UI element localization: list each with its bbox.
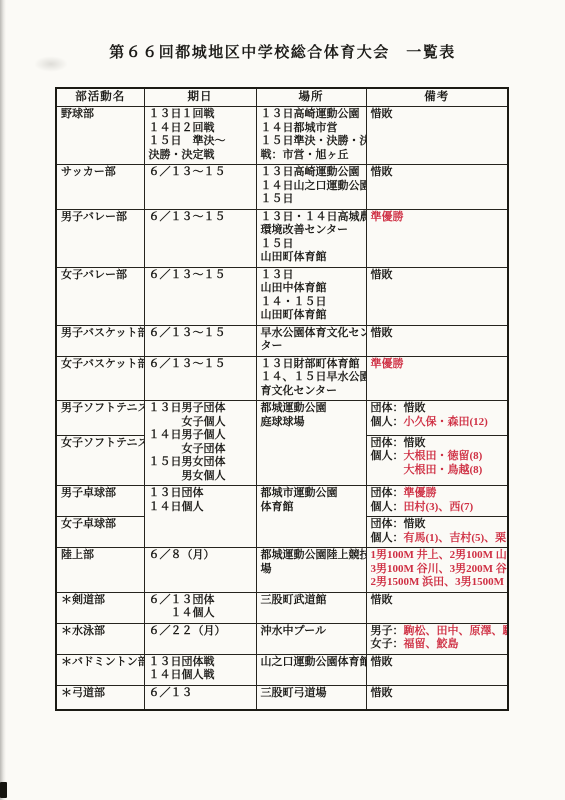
remarks-text: 個人： [371,501,404,513]
remarks-line: 団体：惜敗 [371,518,506,532]
date-line: １４日個人 [149,501,254,515]
place-cell: 山之口運動公園体育館 [256,654,366,685]
scan-mark [0,782,7,798]
date-line: ６／１３～１５ [149,269,254,283]
remarks-cell: 惜敗 [366,107,508,165]
date-cell: １３日男子団体 女子個人１４日男子個人 女子団体１５日男女団体 男女個人 [144,401,256,486]
result-highlight: 1男100M 井上、2男100M 山下 [371,549,509,561]
place-line: １５日 [261,238,364,252]
date-cell: ６／２２（月） [144,623,256,654]
place-line: ター [261,340,364,354]
club-cell: 男子ソフトテニス部 [56,401,144,436]
table-row: ＊弓道部６／１３三股町弓道場惜敗 [56,685,508,710]
place-cell: １３日高崎運動公園１４日山之口運動公園１５日 [256,165,366,210]
date-cell: １３日団体戦１４日個人戦 [144,654,256,685]
result-highlight: 準優勝 [404,487,437,499]
place-cell: １３日山田中体育館１４・１５日山田町体育館 [256,267,366,325]
date-line: １３日団体 [149,487,254,501]
date-line: １３日男子団体 [149,402,254,416]
date-cell: ６／１３～１５ [144,209,256,267]
remarks-line: 女子：福留、鮫島 [371,638,506,652]
date-line: １３日団体戦 [149,656,254,670]
place-line: １３日財部町体育館 [261,358,364,372]
place-line: １３日高崎運動公園 [261,108,364,122]
place-line: 三股町弓道場 [261,687,364,701]
remarks-line: 惜敗 [371,656,506,670]
date-line: １４日個人戦 [149,669,254,683]
scan-edge-shadow [0,0,6,800]
club-label: 男子バスケット部 [61,327,142,341]
header-date: 期日 [144,88,256,107]
club-label: ＊水泳部 [61,625,142,639]
result-highlight: 小久保・森田(12) [404,416,488,428]
place-line: １５日準決・決勝・決定 [261,135,364,149]
place-line: 育文化センター [261,385,364,399]
remarks-line: 団体：惜敗 [371,437,506,451]
date-cell: １３日団体１４日個人 [144,486,256,548]
table-row: 女子バスケット部６／１３～１５１３日財部町体育館１４、１５日早水公園体育文化セン… [56,356,508,401]
remarks-line: 惜敗 [371,108,506,122]
remarks-text: 団体：惜敗 [371,518,426,530]
place-cell: 都城運動公園陸上競技場 [256,548,366,593]
remarks-text: 団体： [371,487,404,499]
table-row: 女子バレー部６／１３～１５１３日山田中体育館１４・１５日山田町体育館惜敗 [56,267,508,325]
remarks-text: 団体：惜敗 [371,437,426,449]
remarks-line: 惜敗 [371,687,506,701]
remarks-cell: 団体：準優勝個人：田村(3)、西(7) [366,486,508,517]
remarks-line: 団体：準優勝 [371,487,506,501]
date-line: １５日 準決～ [149,135,254,149]
club-label: 男子ソフトテニス部 [61,402,142,416]
table-row: ＊バドミントン部１３日団体戦１４日個人戦山之口運動公園体育館惜敗 [56,654,508,685]
date-cell: ６／１３～１５ [144,165,256,210]
table-row: サッカー部６／１３～１５１３日高崎運動公園１４日山之口運動公園１５日惜敗 [56,165,508,210]
place-line: 山田町体育館 [261,251,364,265]
remarks-cell: 準優勝 [366,209,508,267]
date-line: １４日男子個人 [149,429,254,443]
remarks-text [371,464,404,476]
place-line: １４、１５日早水公園体 [261,371,364,385]
place-line: 都城運動公園陸上競技 [261,549,364,563]
remarks-text: 個人： [371,532,404,544]
place-cell: 三股町武道館 [256,592,366,623]
place-line: 都城運動公園 [261,402,364,416]
remarks-text: 惜敗 [371,166,393,178]
club-cell: 男子卓球部 [56,486,144,517]
place-line: １５日 [261,193,364,207]
club-cell: 女子バレー部 [56,267,144,325]
remarks-cell: 準優勝 [366,356,508,401]
date-cell: ６／１３団体 １４個人 [144,592,256,623]
table-row: 男子バレー部６／１３～１５１３日・１４日高城農村環境改善センター１５日山田町体育… [56,209,508,267]
remarks-line: 惜敗 [371,166,506,180]
date-line: ６／１３ [149,687,254,701]
table-row: 男子バスケット部６／１３～１５早水公園体育文化センター惜敗 [56,325,508,356]
remarks-text: 惜敗 [371,687,393,699]
date-line: ６／１３～１５ [149,166,254,180]
club-cell: サッカー部 [56,165,144,210]
remarks-line: 個人：有馬(1)、吉村(5)、栗山(6) [371,532,506,546]
remarks-cell: 惜敗 [366,654,508,685]
club-label: 野球部 [61,108,142,122]
remarks-text: 惜敗 [371,327,393,339]
remarks-text: 個人： [371,416,404,428]
club-cell: 陸上部 [56,548,144,593]
club-label: 男子バレー部 [61,211,142,225]
remarks-text: 団体：惜敗 [371,402,426,414]
remarks-cell: 男子：駒松、田中、原澤、駒松女子：福留、鮫島 [366,623,508,654]
page-title: 第６６回都城地区中学校総合体育大会 一覧表 [0,41,565,62]
date-line: 女子団体 [149,443,254,457]
result-highlight: 有馬(1)、吉村(5)、栗山(6) [404,532,509,544]
result-highlight: 準優勝 [371,358,404,370]
place-line: 沖水中プール [261,625,364,639]
date-line: １４個人 [149,607,254,621]
place-line: 早水公園体育文化セン [261,327,364,341]
table-row: 陸上部６／８（月）都城運動公園陸上競技場1男100M 井上、2男100M 山下3… [56,548,508,593]
date-cell: ６／１３ [144,685,256,710]
remarks-cell: 惜敗 [366,325,508,356]
remarks-line: 惜敗 [371,269,506,283]
date-cell: ６／１３～１５ [144,267,256,325]
table-row: 男子ソフトテニス部１３日男子団体 女子個人１４日男子個人 女子団体１５日男女団体… [56,401,508,436]
club-cell: 女子ソフトテニス部 [56,435,144,485]
remarks-line: 準優勝 [371,358,506,372]
club-label: ＊弓道部 [61,687,142,701]
date-line: ６／１３～１５ [149,327,254,341]
table-row: ＊剣道部６／１３団体 １４個人三股町武道館惜敗 [56,592,508,623]
date-line: 女子個人 [149,416,254,430]
remarks-cell: 団体：惜敗個人：小久保・森田(12) [366,401,508,436]
place-line: １４日都城市営 [261,122,364,136]
place-cell: 早水公園体育文化センター [256,325,366,356]
remarks-text: 惜敗 [371,269,393,281]
club-cell: ＊剣道部 [56,592,144,623]
place-line: 戦：市営・旭ヶ丘 [261,149,364,163]
header-place: 場所 [256,88,366,107]
result-highlight: 2男1500M 浜田、3男1500M 入口 [371,576,509,588]
remarks-text: 惜敗 [371,108,393,120]
date-line: ６／２２（月） [149,625,254,639]
table-row: 野球部１３日１回戦１４日２回戦１５日 準決～決勝・決定戦１３日高崎運動公園１４日… [56,107,508,165]
date-line: １４日２回戦 [149,122,254,136]
place-line: １３日 [261,269,364,283]
table-row: ＊水泳部６／２２（月）沖水中プール男子：駒松、田中、原澤、駒松女子：福留、鮫島 [56,623,508,654]
remarks-line: 3男100M 谷川、3男200M 谷川 [371,563,506,577]
club-cell: 女子バスケット部 [56,356,144,401]
date-line: １５日男女団体 [149,456,254,470]
remarks-cell: 団体：惜敗個人：大根田・徳留(8) 大根田・鳥越(8) [366,435,508,485]
remarks-line: 準優勝 [371,211,506,225]
club-cell: 野球部 [56,107,144,165]
result-highlight: 田村(3)、西(7) [404,501,474,513]
date-line: 決勝・決定戦 [149,149,254,163]
place-line: 山田中体育館 [261,282,364,296]
remarks-cell: 惜敗 [366,267,508,325]
place-cell: 三股町弓道場 [256,685,366,710]
club-label: 女子ソフトテニス部 [61,437,142,451]
result-highlight: 福留、鮫島 [404,638,459,650]
club-label: ＊バドミントン部 [61,656,142,670]
remarks-cell: 惜敗 [366,592,508,623]
club-cell: ＊バドミントン部 [56,654,144,685]
remarks-line: 個人：小久保・森田(12) [371,416,506,430]
place-line: １３日・１４日高城農村 [261,211,364,225]
club-label: 男子卓球部 [61,487,142,501]
place-line: 体育館 [261,501,364,515]
date-cell: ６／１３～１５ [144,356,256,401]
remarks-line: 団体：惜敗 [371,402,506,416]
place-line: １４日山之口運動公園 [261,180,364,194]
place-line: 都城市運動公園 [261,487,364,501]
remarks-cell: 1男100M 井上、2男100M 山下3男100M 谷川、3男200M 谷川2男… [366,548,508,593]
remarks-cell: 惜敗 [366,685,508,710]
remarks-cell: 惜敗 [366,165,508,210]
result-highlight: 大根田・鳥越(8) [404,464,483,476]
place-line: １４・１５日 [261,296,364,310]
club-label: 陸上部 [61,549,142,563]
date-line: ６／８（月） [149,549,254,563]
place-line: 場 [261,563,364,577]
place-cell: 沖水中プール [256,623,366,654]
club-label: 女子バスケット部 [61,358,142,372]
place-cell: １３日・１４日高城農村環境改善センター１５日山田町体育館 [256,209,366,267]
place-line: １３日高崎運動公園 [261,166,364,180]
place-line: 山田町体育館 [261,309,364,323]
club-label: サッカー部 [61,166,142,180]
place-line: 山之口運動公園体育館 [261,656,364,670]
result-highlight: 3男100M 谷川、3男200M 谷川 [371,563,509,575]
date-line: 男女個人 [149,470,254,484]
date-line: ６／１３団体 [149,594,254,608]
remarks-line: 大根田・鳥越(8) [371,464,506,478]
result-highlight: 大根田・徳留(8) [404,450,483,462]
date-cell: ６／８（月） [144,548,256,593]
remarks-text: 惜敗 [371,594,393,606]
remarks-cell: 団体：惜敗個人：有馬(1)、吉村(5)、栗山(6) [366,517,508,548]
date-cell: ６／１３～１５ [144,325,256,356]
table-row: 男子卓球部１３日団体１４日個人都城市運動公園体育館団体：準優勝個人：田村(3)、… [56,486,508,517]
header-row: 部活動名 期日 場所 備考 [56,88,508,107]
club-cell: 男子バスケット部 [56,325,144,356]
date-cell: １３日１回戦１４日２回戦１５日 準決～決勝・決定戦 [144,107,256,165]
place-cell: １３日財部町体育館１４、１５日早水公園体育文化センター [256,356,366,401]
remarks-text: 惜敗 [371,656,393,668]
header-club: 部活動名 [56,88,144,107]
club-label: 女子卓球部 [61,518,142,532]
result-highlight: 駒松、田中、原澤、駒松 [404,625,509,637]
place-cell: 都城市運動公園体育館 [256,486,366,548]
remarks-line: 男子：駒松、田中、原澤、駒松 [371,625,506,639]
place-line: 三股町武道館 [261,594,364,608]
remarks-line: 2男1500M 浜田、3男1500M 入口 [371,576,506,590]
remarks-line: 1男100M 井上、2男100M 山下 [371,549,506,563]
remarks-text: 個人： [371,450,404,462]
club-label: 女子バレー部 [61,269,142,283]
date-line: １３日１回戦 [149,108,254,122]
place-line: 庭球球場 [261,416,364,430]
result-highlight: 準優勝 [371,211,404,223]
results-table: 部活動名 期日 場所 備考 野球部１３日１回戦１４日２回戦１５日 準決～決勝・決… [55,87,509,711]
remarks-text: 男子： [371,625,404,637]
remarks-line: 個人：大根田・徳留(8) [371,450,506,464]
club-label: ＊剣道部 [61,594,142,608]
remarks-line: 惜敗 [371,594,506,608]
date-line: ６／１３～１５ [149,211,254,225]
club-cell: ＊弓道部 [56,685,144,710]
club-cell: 女子卓球部 [56,517,144,548]
place-line: 環境改善センター [261,224,364,238]
remarks-line: 個人：田村(3)、西(7) [371,501,506,515]
club-cell: 男子バレー部 [56,209,144,267]
place-cell: １３日高崎運動公園１４日都城市営１５日準決・決勝・決定戦：市営・旭ヶ丘 [256,107,366,165]
club-cell: ＊水泳部 [56,623,144,654]
remarks-text: 女子： [371,638,404,650]
place-cell: 都城運動公園庭球球場 [256,401,366,486]
date-line: ６／１３～１５ [149,358,254,372]
header-remarks: 備考 [366,88,508,107]
remarks-line: 惜敗 [371,327,506,341]
